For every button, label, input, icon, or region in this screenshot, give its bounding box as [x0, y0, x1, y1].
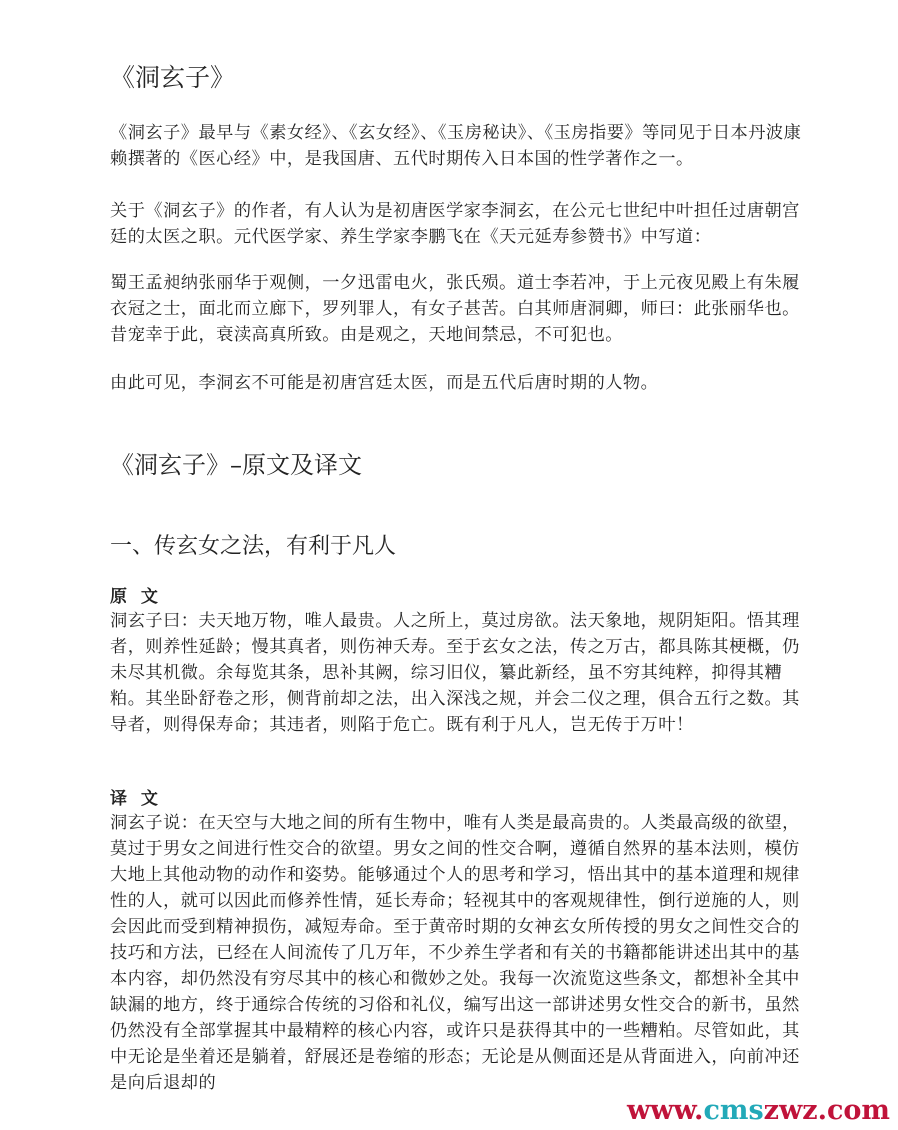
intro-paragraph-2: 关于《洞玄子》的作者，有人认为是初唐医学家李洞玄，在公元七世纪中叶担任过唐朝宫廷…: [110, 198, 810, 250]
watermark-accent: cms: [703, 1095, 763, 1126]
site-watermark: www.cmszwz.com: [627, 1095, 890, 1126]
watermark-prefix: www.: [627, 1095, 703, 1126]
translation-label: 译 文: [110, 787, 162, 811]
watermark-suffix: zwz.com: [764, 1095, 890, 1126]
chapter-heading: 一、传玄女之法，有利于凡人: [110, 532, 396, 562]
page-title: 《洞玄子》: [110, 62, 235, 94]
translation-text: 洞玄子说：在天空与大地之间的所有生物中，唯有人类是最高贵的。人类最高级的欲望，莫…: [110, 810, 810, 1096]
original-text: 洞玄子曰：夫天地万物，唯人最贵。人之所上，莫过房欲。法天象地，规阴矩阳。悟其理者…: [110, 608, 810, 738]
intro-paragraph-1: 《洞玄子》最早与《素女经》、《玄女经》、《玉房秘诀》、《玉房指要》等同见于日本丹…: [110, 120, 810, 172]
original-label: 原 文: [110, 585, 162, 609]
conclusion-paragraph: 由此可见，李洞玄不可能是初唐宫廷太医，而是五代后唐时期的人物。: [110, 370, 810, 396]
quote-paragraph: 蜀王孟昶纳张丽华于观侧，一夕迅雷电火，张氏殒。道士李若冲，于上元夜见殿上有朱履衣…: [110, 270, 810, 348]
section-title: 《洞玄子》–原文及译文: [110, 450, 362, 480]
